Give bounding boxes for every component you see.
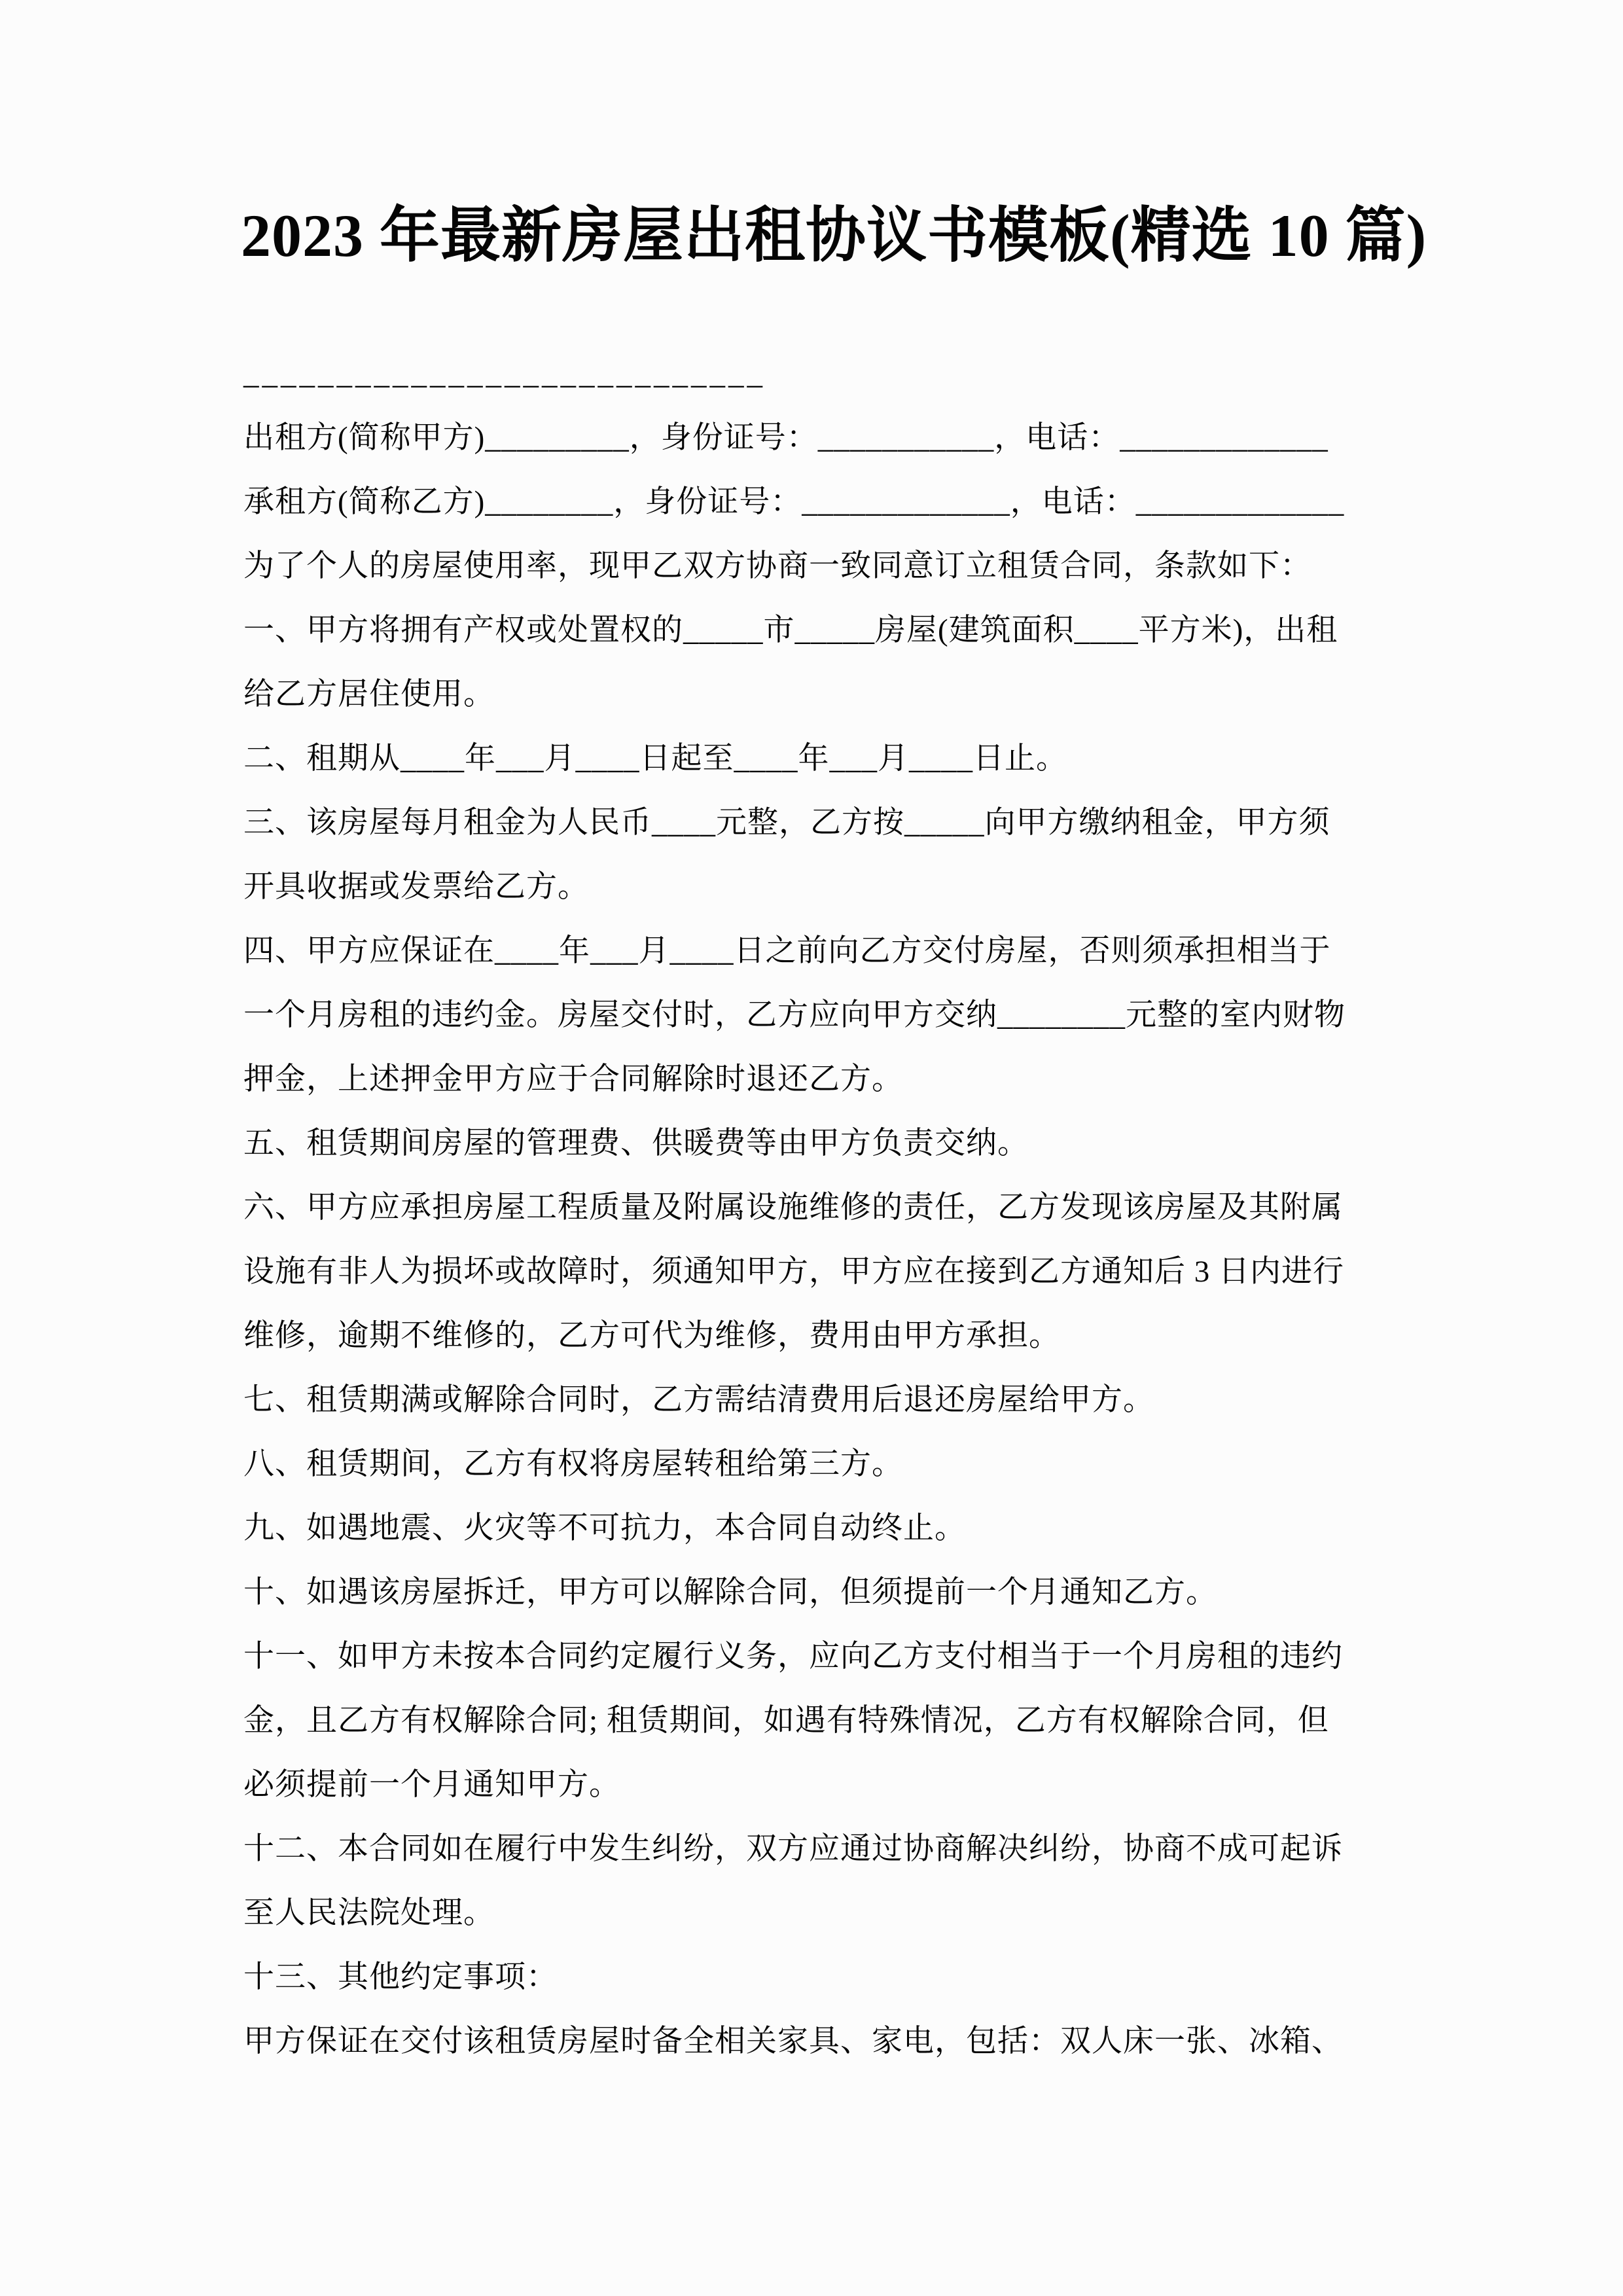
text-line: 九、如遇地震、火灾等不可抗力，本合同自动终止。 xyxy=(243,1496,1370,1560)
text-line: 出租方(简称甲方)_________，身份证号：___________，电话：_… xyxy=(243,406,1370,470)
text-line: 五、租赁期间房屋的管理费、供暖费等由甲方负责交纳。 xyxy=(243,1111,1370,1175)
text-line: 八、租赁期间，乙方有权将房屋转租给第三方。 xyxy=(243,1432,1370,1496)
text-line: 七、租赁期满或解除合同时，乙方需结清费用后退还房屋给甲方。 xyxy=(243,1368,1370,1432)
text-line: 承租方(简称乙方)________，身份证号：_____________，电话：… xyxy=(243,470,1370,534)
text-line: 甲方保证在交付该租赁房屋时备全相关家具、家电，包括：双人床一张、冰箱、 xyxy=(243,2009,1370,2073)
document-body: ____________________________ 出租方(简称甲方)__… xyxy=(243,342,1370,2073)
text-line: 十一、如甲方未按本合同约定履行义务，应向乙方支付相当于一个月房租的违约 xyxy=(243,1624,1370,1689)
text-line: 十二、本合同如在履行中发生纠纷，双方应通过协商解决纠纷，协商不成可起诉 xyxy=(243,1817,1370,1881)
text-line: 至人民法院处理。 xyxy=(243,1881,1370,1945)
text-line: 六、甲方应承担房屋工程质量及附属设施维修的责任，乙方发现该房屋及其附属 xyxy=(243,1175,1370,1240)
text-line: 十三、其他约定事项： xyxy=(243,1945,1370,2009)
separator-line: ____________________________ xyxy=(243,342,1370,406)
text-line: 押金，上述押金甲方应于合同解除时退还乙方。 xyxy=(243,1047,1370,1111)
text-line: 二、租期从____年___月____日起至____年___月____日止。 xyxy=(243,726,1370,791)
document-title: 2023 年最新房屋出租协议书模板(精选 10 篇) xyxy=(241,206,1427,266)
text-line: 必须提前一个月通知甲方。 xyxy=(243,1753,1370,1817)
text-line: 十、如遇该房屋拆迁，甲方可以解除合同，但须提前一个月通知乙方。 xyxy=(243,1560,1370,1624)
text-line: 维修，逾期不维修的，乙方可代为维修，费用由甲方承担。 xyxy=(243,1304,1370,1368)
text-line: 四、甲方应保证在____年___月____日之前向乙方交付房屋，否则须承担相当于 xyxy=(243,919,1370,983)
text-line: 金，且乙方有权解除合同; 租赁期间，如遇有特殊情况，乙方有权解除合同，但 xyxy=(243,1689,1370,1753)
text-line: 一个月房租的违约金。房屋交付时，乙方应向甲方交纳________元整的室内财物 xyxy=(243,983,1370,1047)
text-line: 开具收据或发票给乙方。 xyxy=(243,855,1370,919)
text-line: 给乙方居住使用。 xyxy=(243,662,1370,726)
text-line: 三、该房屋每月租金为人民币____元整，乙方按_____向甲方缴纳租金，甲方须 xyxy=(243,791,1370,855)
document-page: 2023 年最新房屋出租协议书模板(精选 10 篇) _____________… xyxy=(0,0,1623,2296)
text-line: 设施有非人为损坏或故障时，须通知甲方，甲方应在接到乙方通知后 3 日内进行 xyxy=(243,1240,1370,1304)
text-line: 为了个人的房屋使用率，现甲乙双方协商一致同意订立租赁合同，条款如下： xyxy=(243,534,1370,598)
text-line: 一、甲方将拥有产权或处置权的_____市_____房屋(建筑面积____平方米)… xyxy=(243,598,1370,662)
